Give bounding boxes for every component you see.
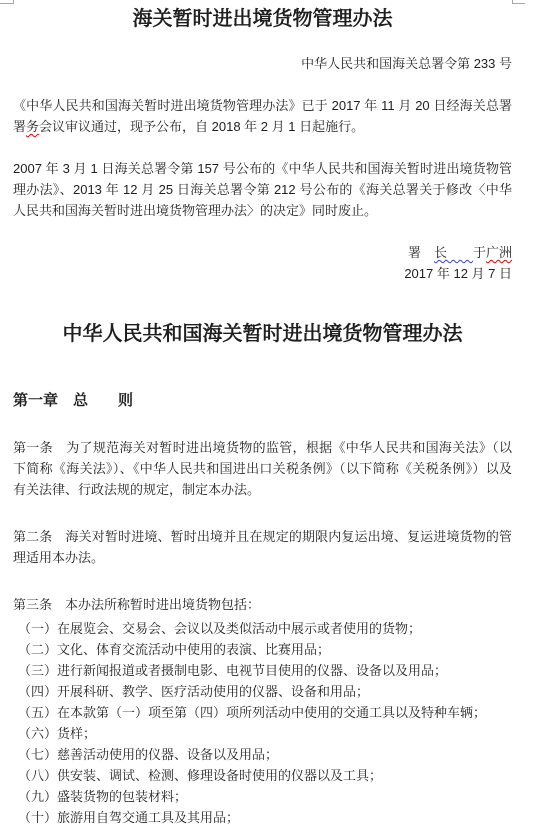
publication-paragraph: 《中华人民共和国海关暂时进出境货物管理办法》已于 2017 年 11 月 20 … [13, 95, 512, 137]
text-segment: 署 [408, 245, 434, 260]
goods-list-item-6: （六）货样； [18, 723, 512, 744]
repeal-paragraph: 2007 年 3 月 1 日海关总署令第 157 号公布的《中华人民共和国海关暂… [13, 158, 512, 221]
article-3-paragraph: 第三条 本办法所称暂时进出境货物包括： [13, 594, 512, 615]
red-squiggle-text: 务 [26, 119, 39, 134]
goods-list-item-9: （九）盛装货物的包装材料； [18, 786, 512, 807]
publish-date: 2017 年 12 月 7 日 [13, 263, 512, 284]
goods-list-item-10: （十）旅游用自驾交通工具及其用品； [18, 807, 512, 828]
goods-list-item-7: （七）慈善活动使用的仪器、设备以及用品； [18, 744, 512, 765]
text-boundary-mark-top-left [0, 0, 14, 4]
text-segment: 会议审议通过，现予公布，自 2018 年 2 月 1 日起施行。 [39, 119, 364, 134]
law-title: 中华人民共和国海关暂时进出境货物管理办法 [13, 320, 512, 348]
goods-list-item-4: （四）开展科研、教学、医疗活动使用的仪器、设备和用品； [18, 681, 512, 702]
goods-list-item-2: （二）文化、体育交流活动中使用的表演、比赛用品； [18, 639, 512, 660]
document-title: 海关暂时进出境货物管理办法 [13, 6, 512, 32]
goods-list-item-1: （一）在展览会、交易会、会议以及类似活动中展示或者使用的货物； [18, 618, 512, 639]
blue-squiggle-text: 长 [434, 245, 473, 260]
red-squiggle-text: 广洲 [486, 245, 512, 260]
text-boundary-mark-top-right [512, 0, 525, 4]
article-1-paragraph: 第一条 为了规范海关对暂时进出境货物的监管，根据《中华人民共和国海关法》（以下简… [13, 437, 512, 500]
goods-list-item-5: （五）在本款第（一）项至第（四）项所列活动中使用的交通工具以及特种车辆； [18, 702, 512, 723]
document-page: 海关暂时进出境货物管理办法 中华人民共和国海关总署令第 233 号 《中华人民共… [0, 0, 541, 830]
text-segment: 于 [473, 245, 486, 260]
article-2-paragraph: 第二条 海关对暂时进境、暂时出境并且在规定的期限内复运出境、复运进境货物的管理适… [13, 526, 512, 568]
chapter-1-heading: 第一章 总 则 [13, 390, 512, 411]
signature-line: 署 长 于广洲 [13, 242, 512, 263]
temporary-goods-list: （一）在展览会、交易会、会议以及类似活动中展示或者使用的货物； （二）文化、体育… [13, 618, 512, 828]
document-content: 海关暂时进出境货物管理办法 中华人民共和国海关总署令第 233 号 《中华人民共… [0, 0, 541, 828]
decree-number: 中华人民共和国海关总署令第 233 号 [13, 53, 512, 74]
goods-list-item-3: （三）进行新闻报道或者摄制电影、电视节目使用的仪器、设备以及用品； [18, 660, 512, 681]
goods-list-item-8: （八）供安装、调试、检测、修理设备时使用的仪器以及工具； [18, 765, 512, 786]
